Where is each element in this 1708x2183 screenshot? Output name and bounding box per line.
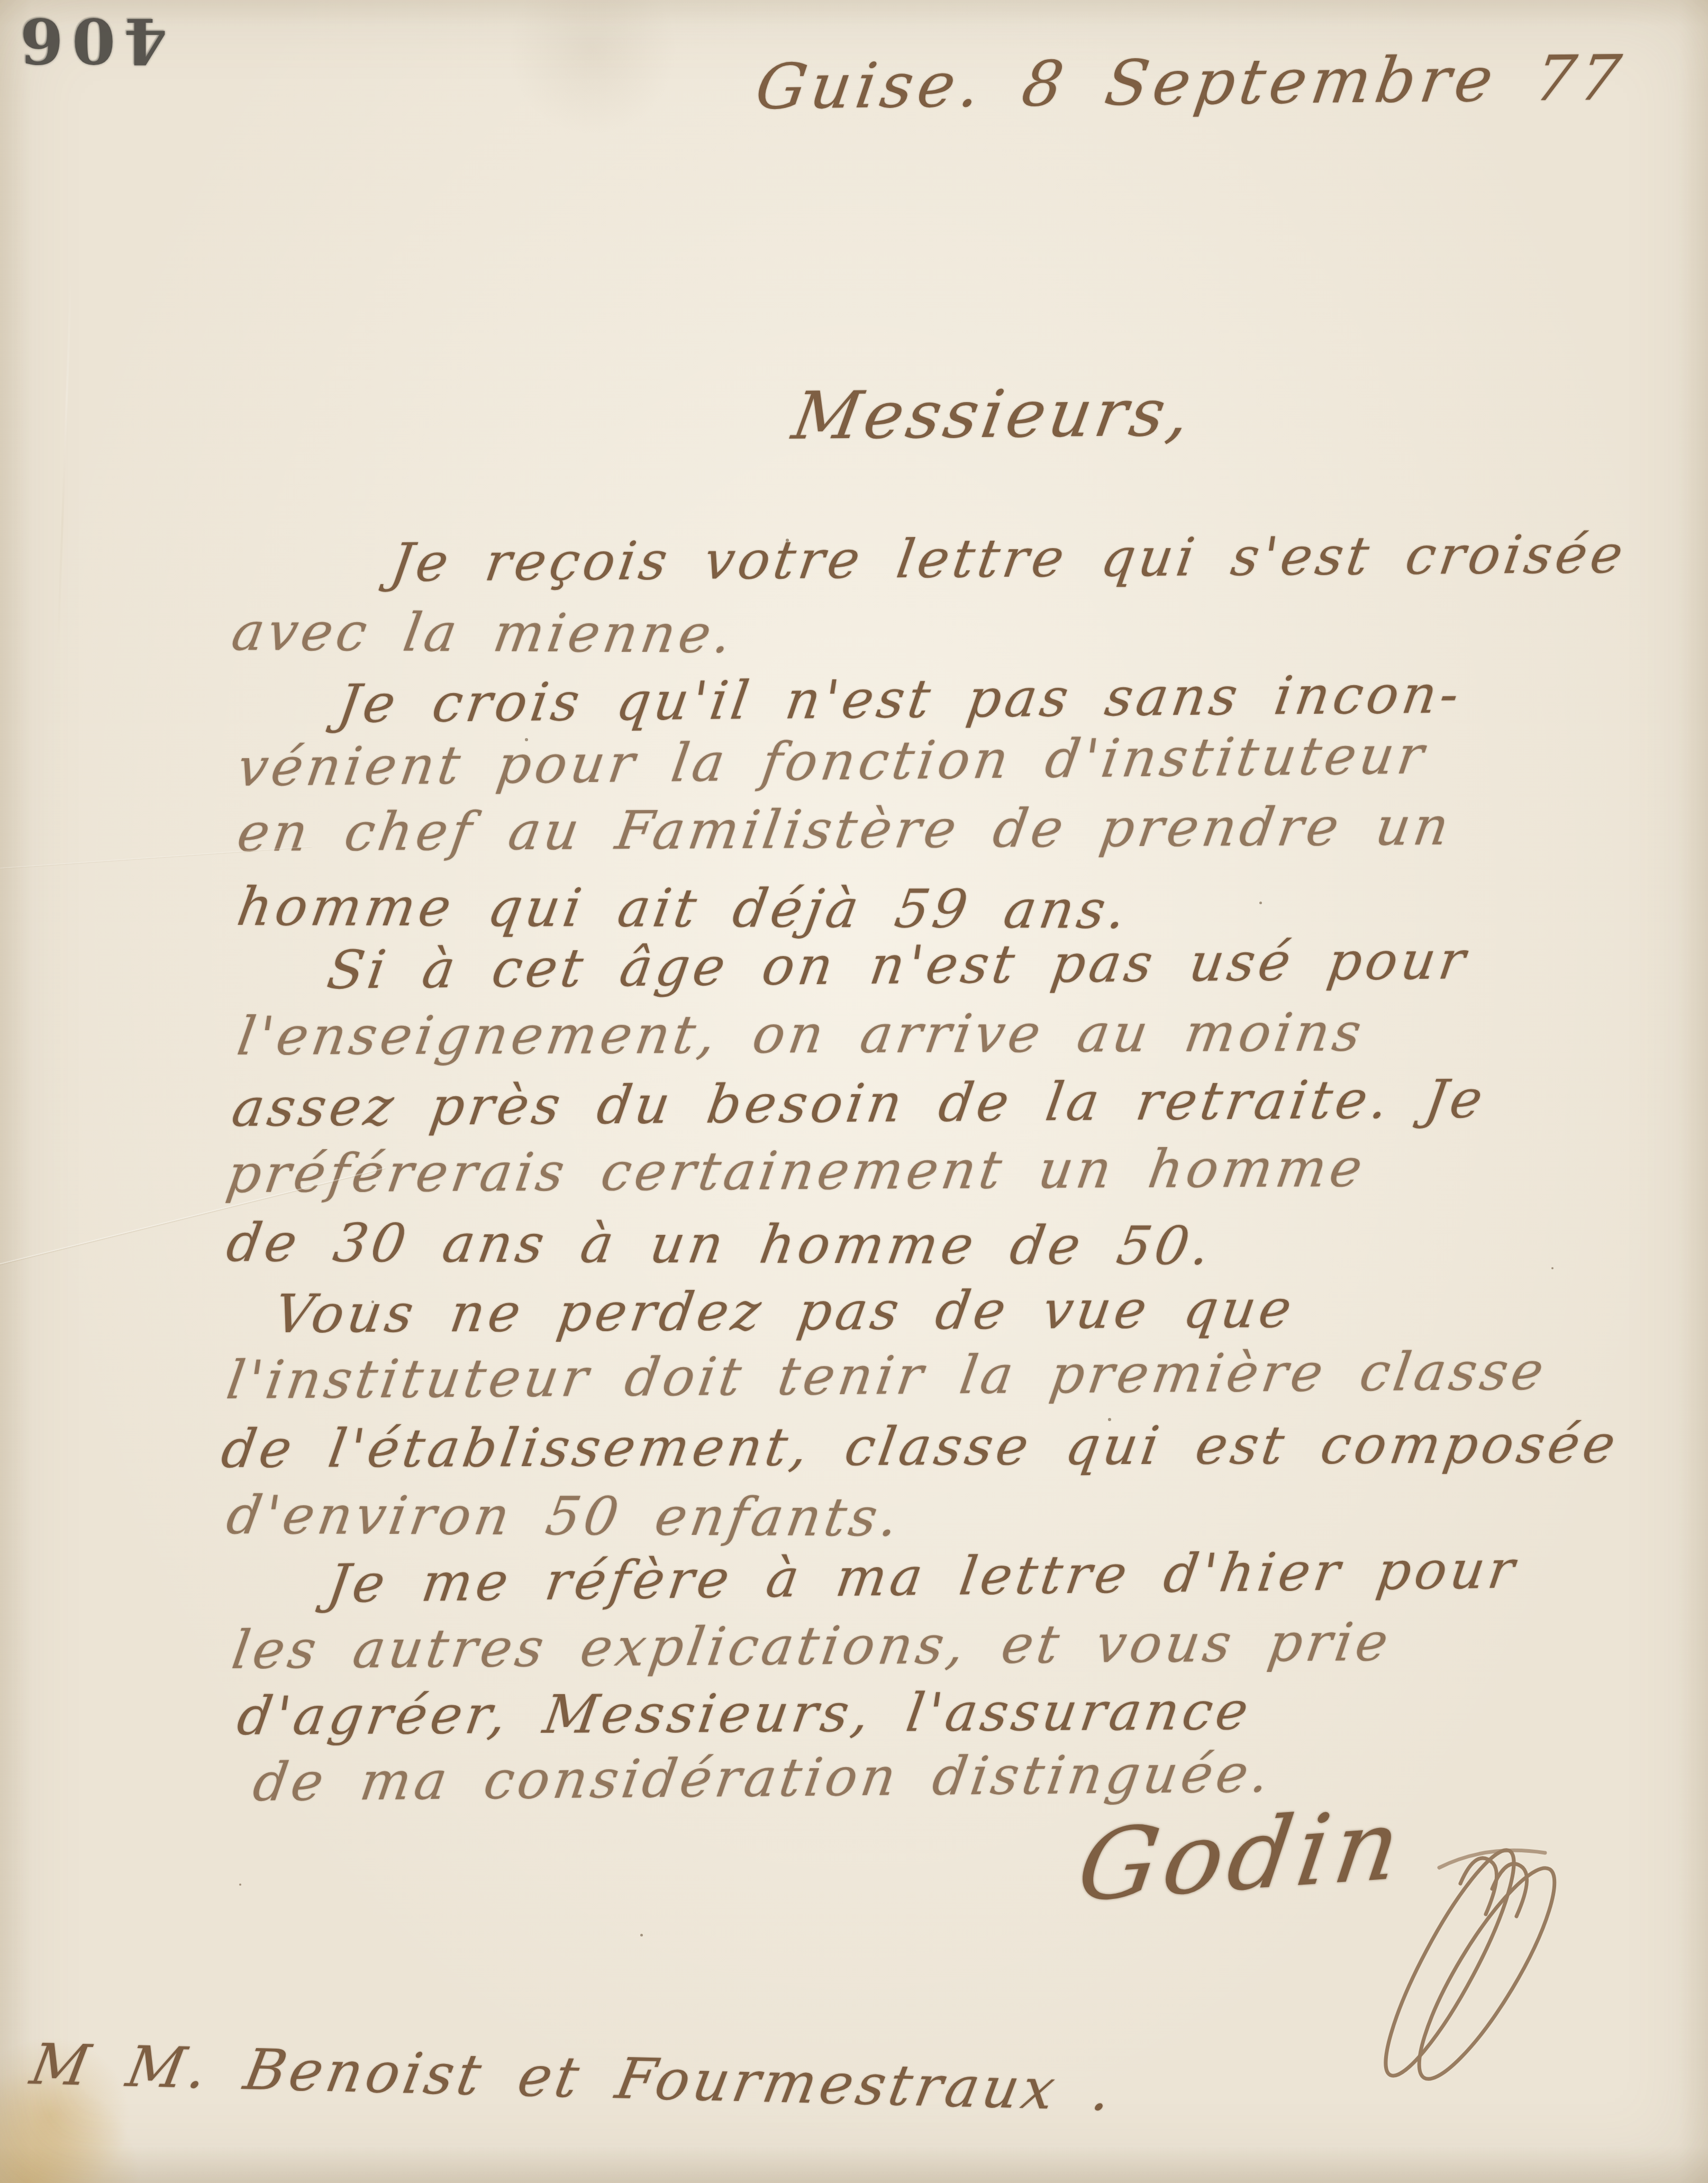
- paper-speck: [371, 1300, 374, 1303]
- letter-line: de l'établissement, classe qui est compo…: [217, 1413, 1623, 1480]
- salutation: Messieurs,: [787, 375, 1199, 454]
- letter-line: l'enseignement, on arrive au moins: [233, 1002, 1369, 1067]
- letter-line: Je me réfère à ma lettre d'hier pour: [323, 1539, 1522, 1615]
- paper-speck: [239, 1884, 241, 1886]
- letter-line: Si à cet âge on n'est pas usé pour: [323, 929, 1473, 1001]
- letter-line: avec la mienne.: [228, 601, 740, 665]
- letter-line: préférerais certainement un homme: [223, 1137, 1370, 1205]
- paper-speck: [786, 539, 789, 542]
- letter-line: en chef au Familistère de prendre un: [233, 795, 1457, 863]
- paper-speck: [525, 738, 528, 741]
- letter-line: de 30 ans à un homme de 50.: [223, 1212, 1218, 1277]
- letter-page: 406 Guise. 8 Septembre 77 Messieurs, Je …: [0, 0, 1708, 2183]
- letter-line: homme qui ait déjà 59 ans.: [233, 876, 1134, 941]
- letter-line: Je reçois votre lettre qui s'est croisée: [387, 523, 1631, 594]
- letter-line: l'instituteur doit tenir la première cla…: [223, 1340, 1551, 1411]
- letter-line: d'environ 50 enfants.: [223, 1484, 906, 1548]
- paper-crease: [57, 275, 72, 645]
- paper-speck: [1108, 1418, 1111, 1421]
- letter-line: vénient pour la fonction d'instituteur: [233, 724, 1431, 798]
- paper-speck: [640, 1934, 643, 1936]
- signature-paraph-flourish: [1122, 1788, 1598, 2116]
- paper-speck: [1551, 1267, 1553, 1269]
- letter-line: assez près du besoin de la retraite. Je: [228, 1068, 1491, 1139]
- letter-line: les autres explications, et vous prie: [228, 1611, 1396, 1681]
- dateline: Guise. 8 Septembre 77: [751, 41, 1630, 123]
- paper-speck: [1259, 902, 1262, 904]
- addressees-line: M M. Benoist et Fourmestraux .: [26, 2032, 1120, 2123]
- letter-line: d'agréer, Messieurs, l'assurance: [233, 1680, 1256, 1747]
- letter-line: Je crois qu'il n'est pas sans incon-: [334, 663, 1467, 735]
- letter-line: Vous ne perdez pas de vue que: [270, 1278, 1299, 1345]
- archive-number-stamp: 406: [12, 4, 167, 78]
